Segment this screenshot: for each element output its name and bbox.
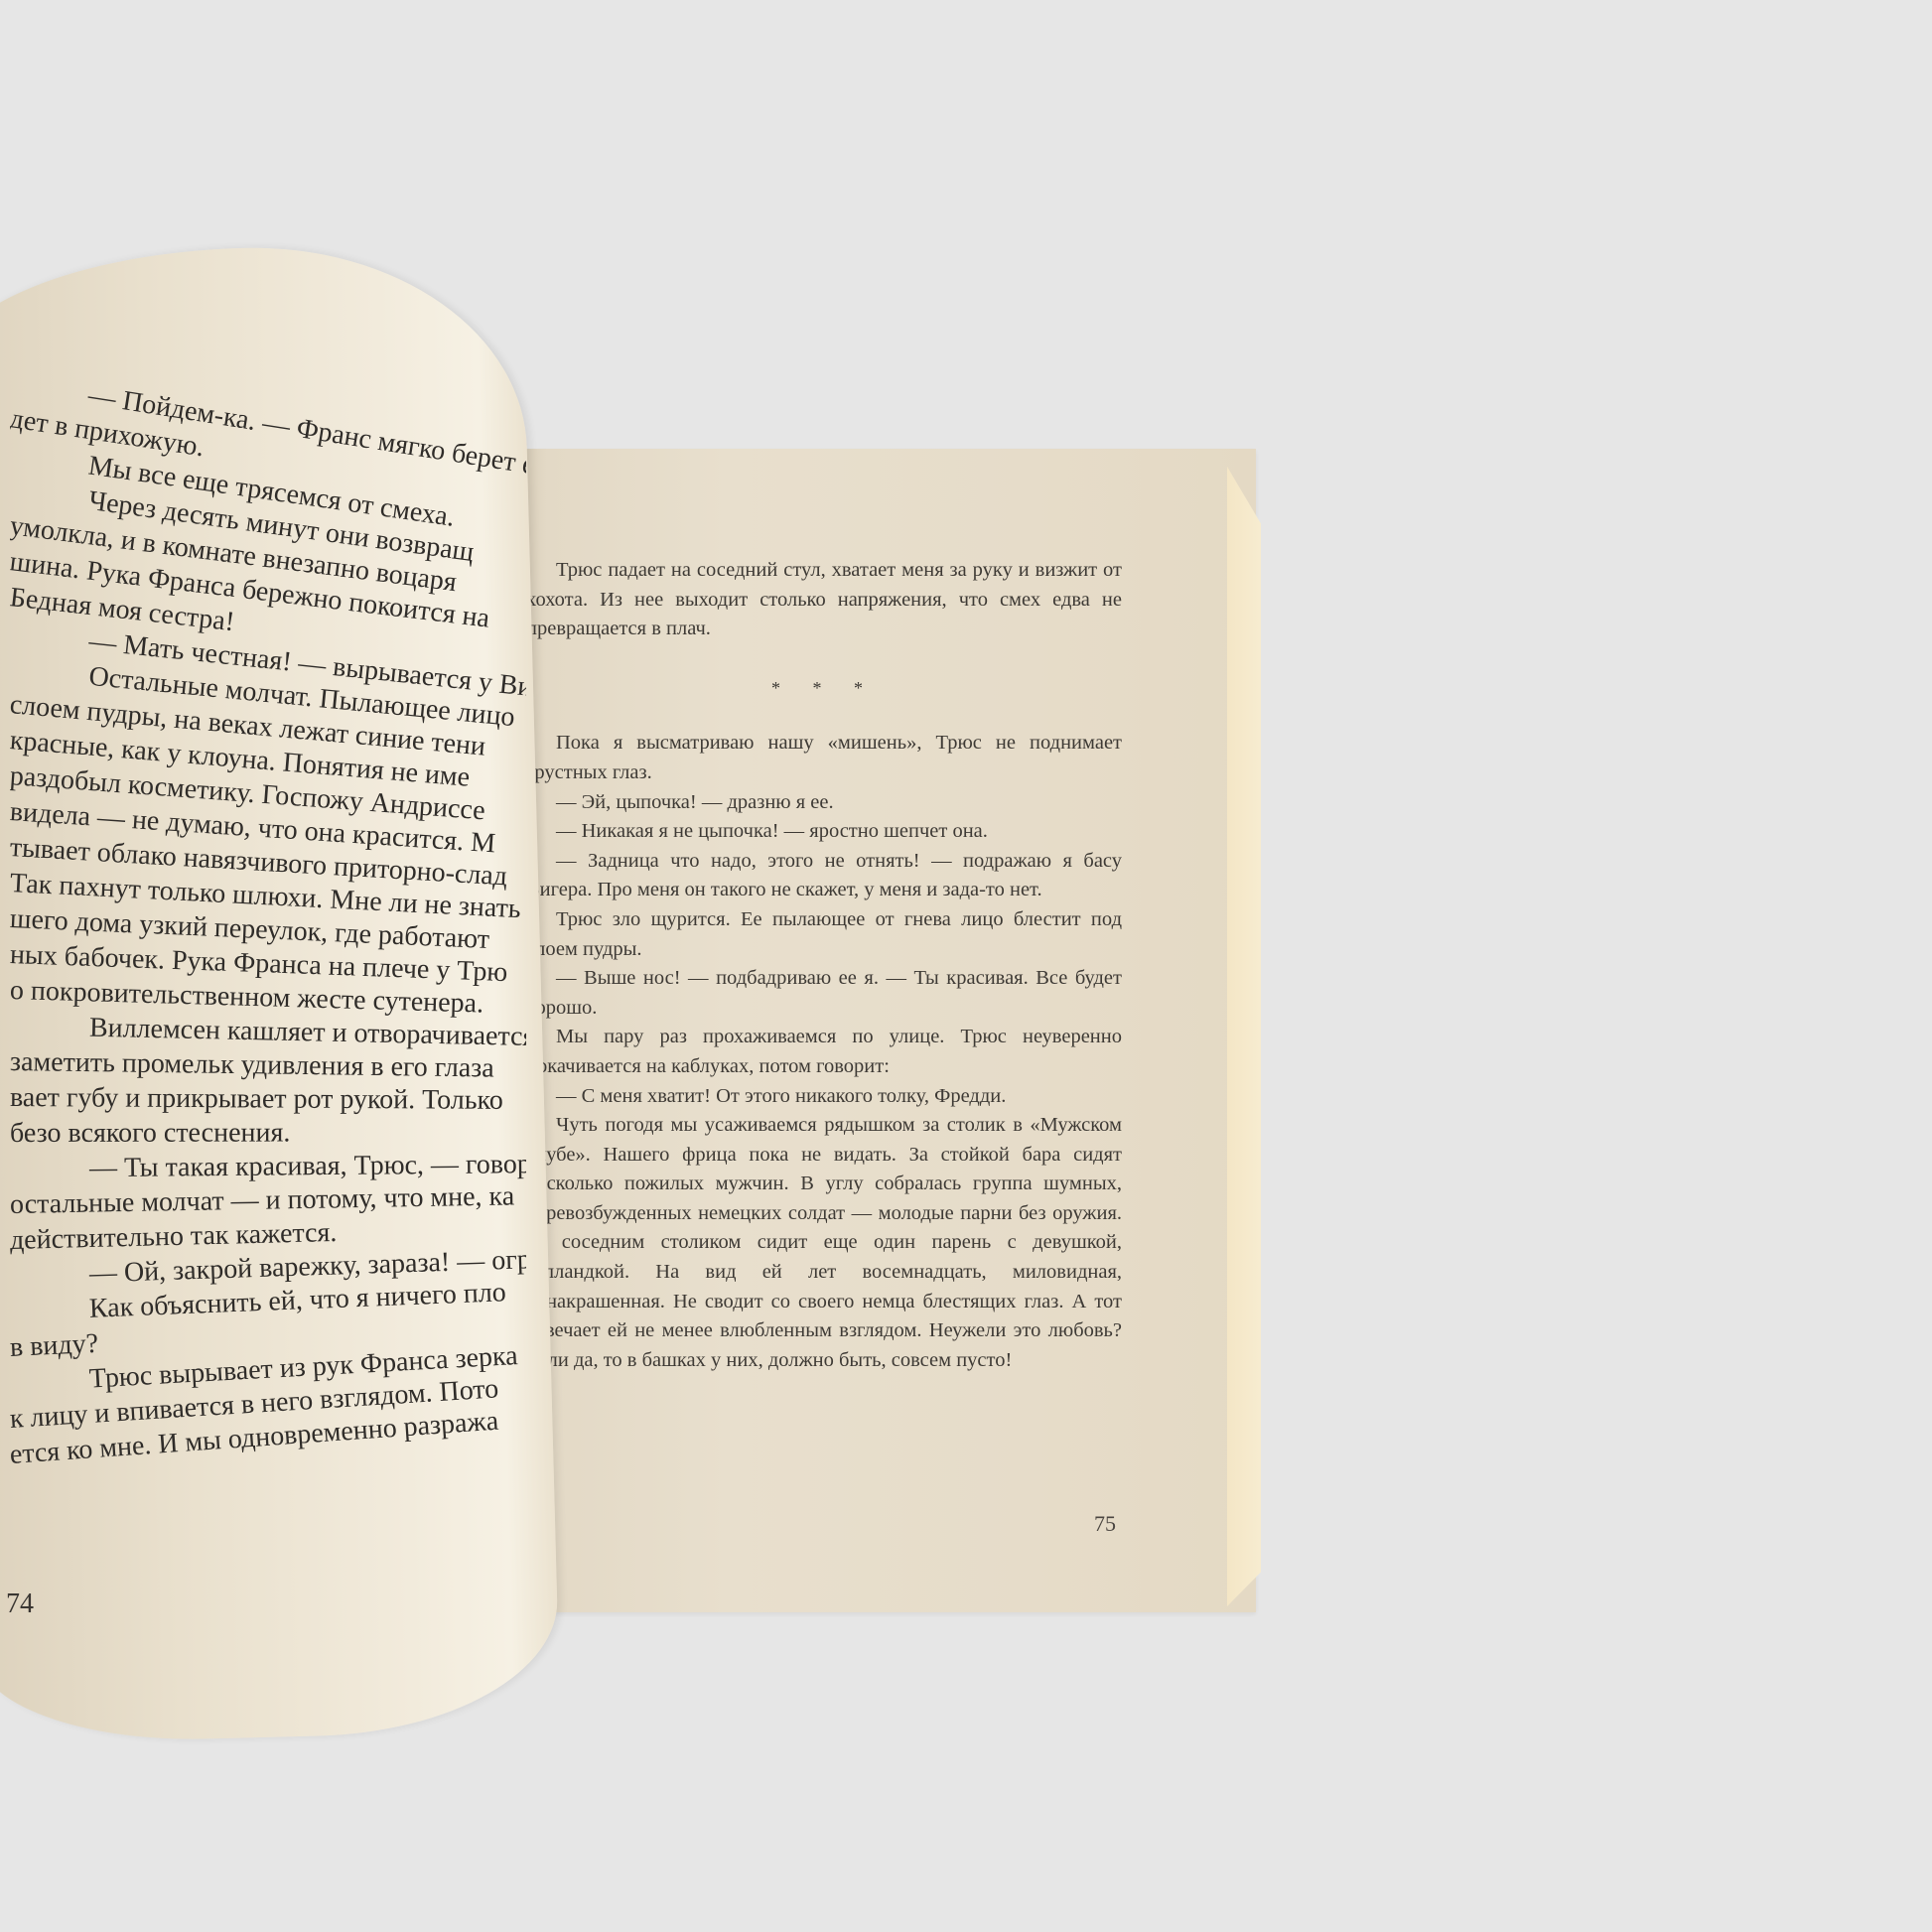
- paragraph: Пока я высматриваю нашу «мишень», Трюс н…: [526, 729, 1122, 787]
- paragraph: Мы пару раз прохаживаемся по улице. Трюс…: [526, 1023, 1122, 1081]
- paragraph: Трюс зло щурится. Ее пылающее от гнева л…: [526, 905, 1122, 964]
- page-number-left: 74: [6, 1588, 34, 1620]
- page-block-edge: [1227, 467, 1261, 1606]
- paragraph: Трюс падает на соседний стул, хватает ме…: [526, 556, 1122, 644]
- paragraph: — Никакая я не цыпочка! — яростно шепчет…: [526, 817, 1122, 847]
- text-line: безо всякого стеснения.: [10, 1115, 526, 1152]
- paragraph: — С меня хватит! От этого никакого толку…: [526, 1082, 1122, 1112]
- text-line: вает губу и прикрывает рот рукой. Только: [10, 1080, 526, 1119]
- paragraph: — Задница что надо, этого не отнять! — п…: [526, 847, 1122, 905]
- section-break: * * *: [526, 674, 1122, 704]
- paragraph: — Эй, цыпочка! — дразню я ее.: [526, 788, 1122, 818]
- paragraph: — Выше нос! — подбадриваю ее я. — Ты кра…: [526, 964, 1122, 1023]
- left-page-text: — Пойдем-ка. — Франс мягко берет еедет в…: [10, 365, 526, 1473]
- paragraph: Чуть погодя мы усаживаемся рядышком за с…: [526, 1111, 1122, 1375]
- page-number-right: 75: [1094, 1511, 1116, 1537]
- right-page-text: Трюс падает на соседний стул, хватает ме…: [526, 556, 1122, 1375]
